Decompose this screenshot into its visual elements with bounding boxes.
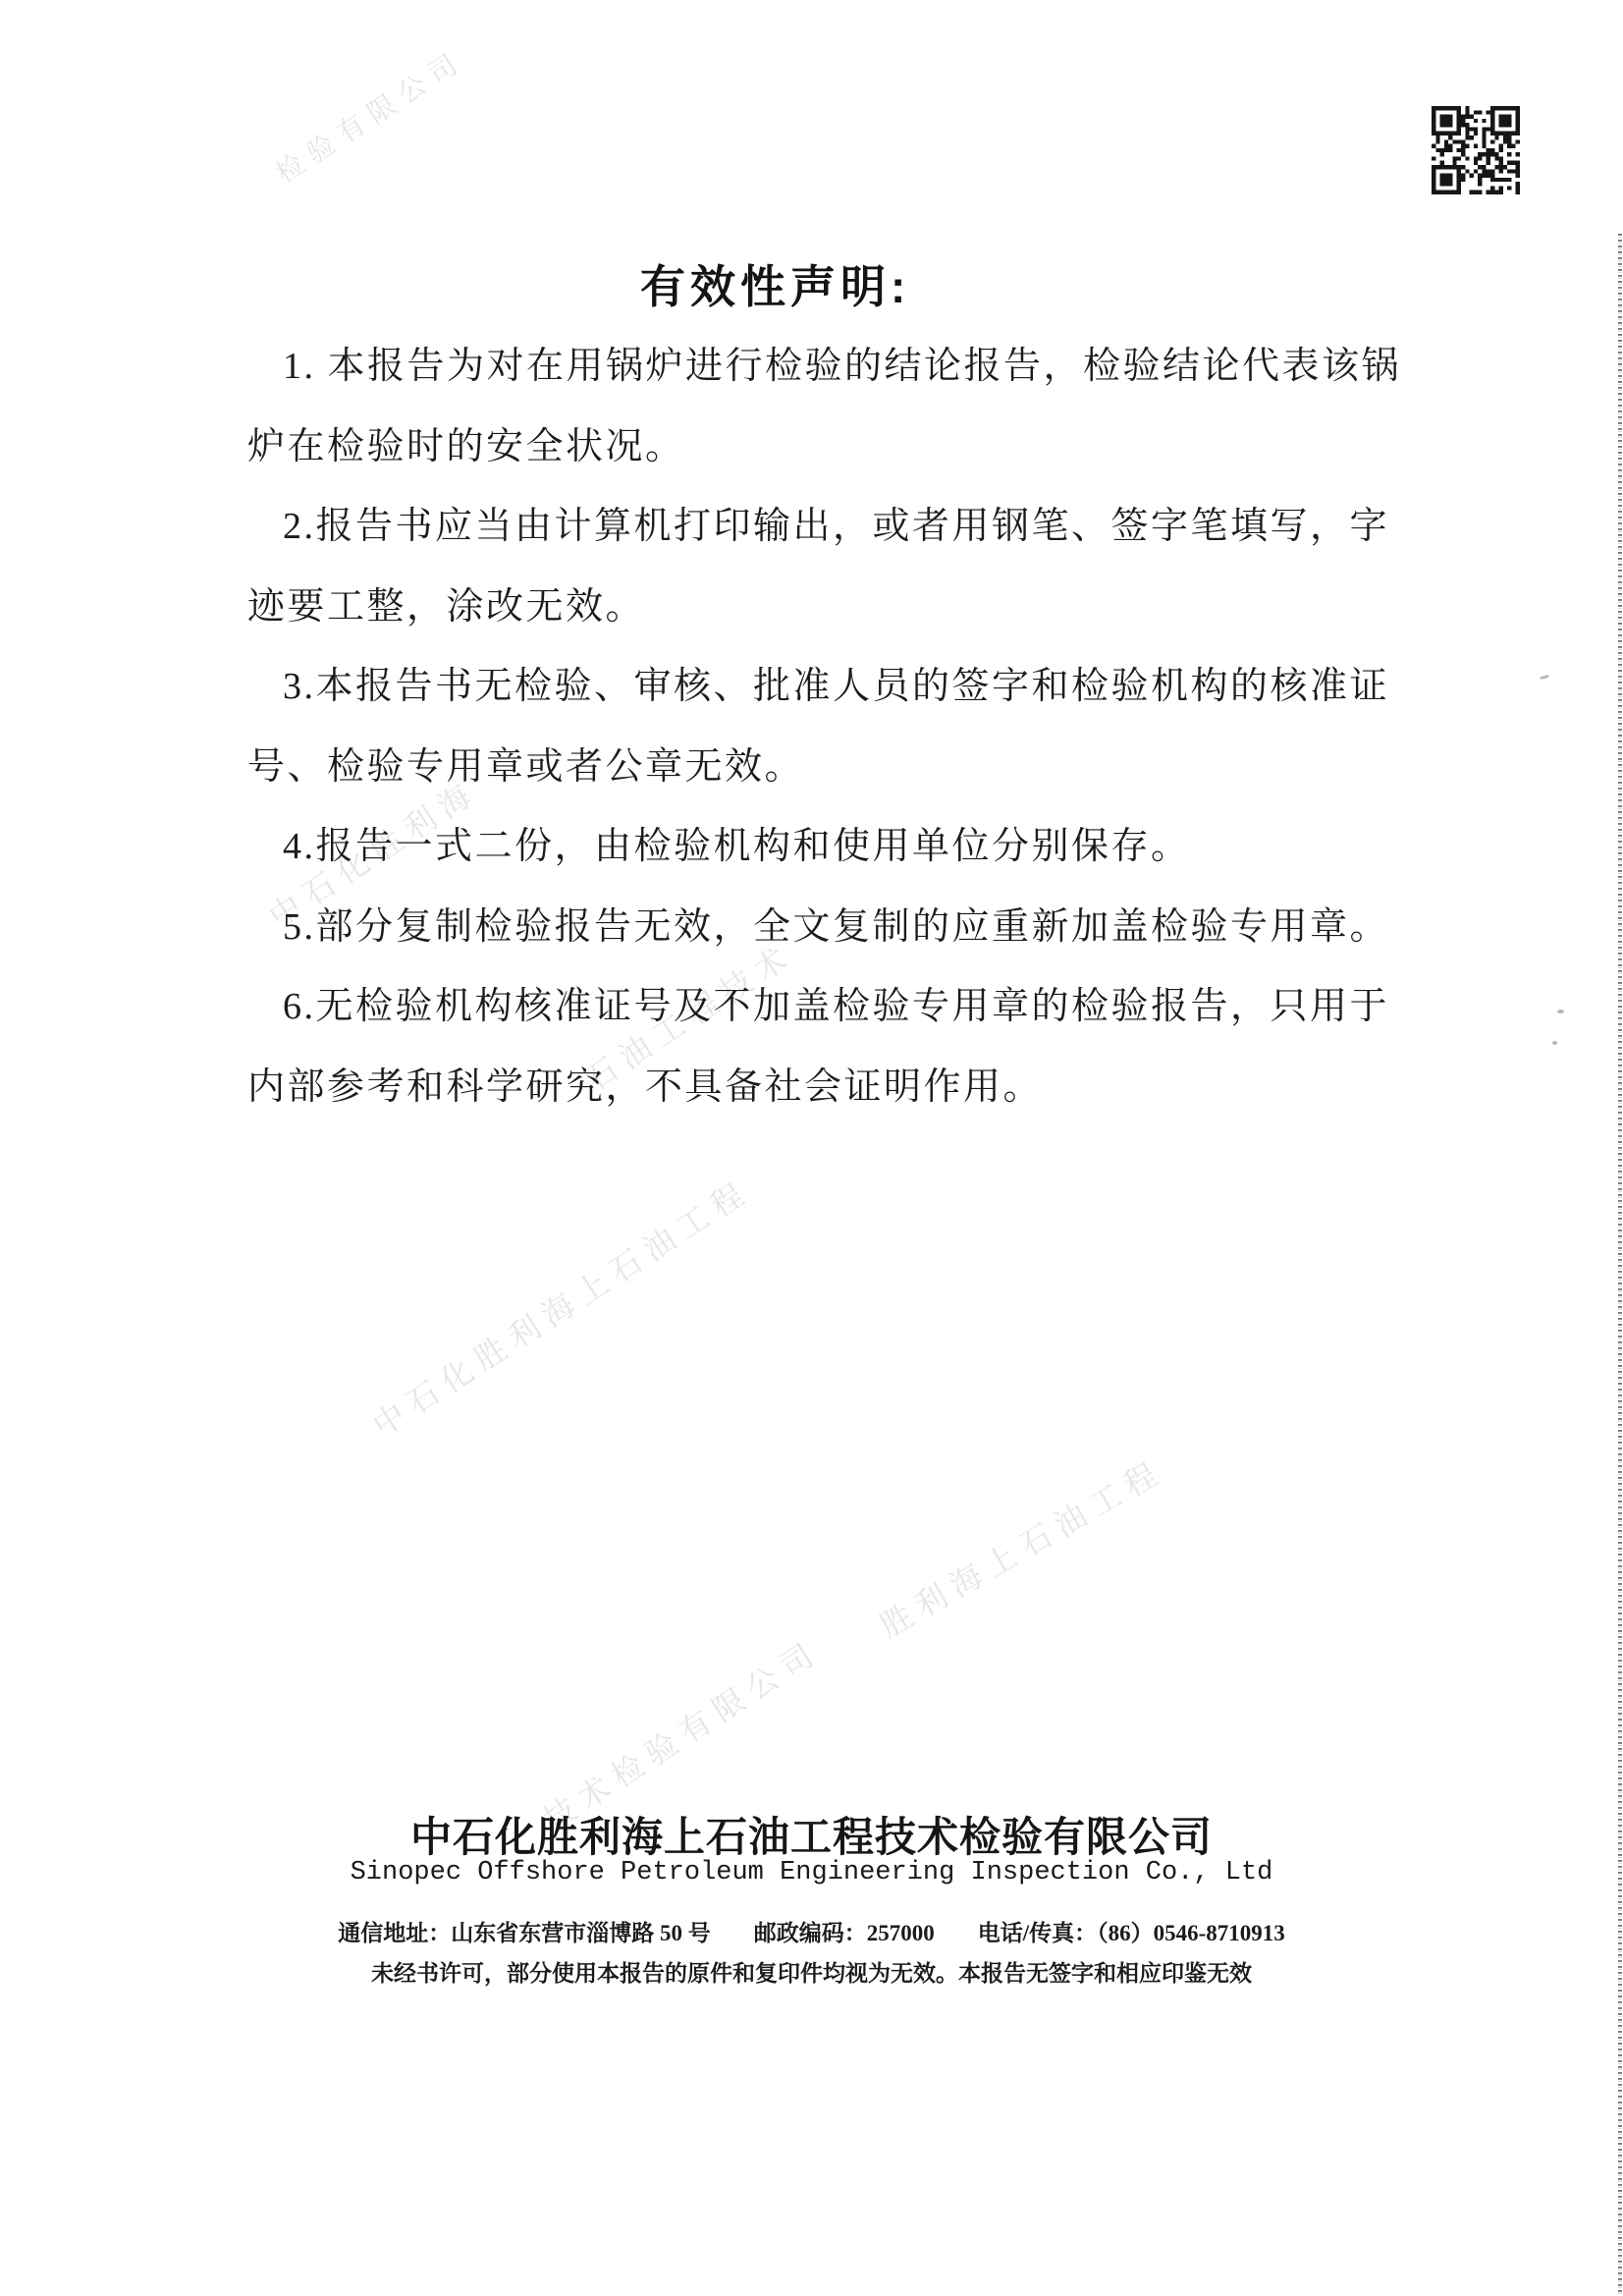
scan-speck <box>1557 1010 1564 1013</box>
statement-line: 4.报告一式二份，由检验机构和使用单位分别保存。 <box>247 807 1396 888</box>
statement-line: 炉在检验时的安全状况。 <box>247 408 1396 488</box>
contact-phone: 电话/传真：（86）0546-8710913 <box>978 1915 1285 1947</box>
disclaimer-line: 未经书许可，部分使用本报告的原件和复印件均视为无效。本报告无签字和相应印鉴无效 <box>0 1955 1623 1988</box>
contact-postcode: 邮政编码：257000 <box>754 1915 935 1947</box>
statement-line: 6.无检验机构核准证号及不加盖检验专用章的检验报告，只用于 <box>247 967 1396 1048</box>
statement-line: 5.部分复制检验报告无效，全文复制的应重新加盖检验专用章。 <box>247 888 1396 968</box>
statement-list: 1. 本报告为对在用锅炉进行检验的结论报告，检验结论代表该锅 炉在检验时的安全状… <box>247 327 1396 1127</box>
scan-speck <box>1552 1041 1557 1045</box>
scan-speck <box>1540 675 1549 680</box>
statement-line: 内部参考和科学研究，不具备社会证明作用。 <box>247 1048 1396 1128</box>
contact-address: 通信地址：山东省东营市淄博路 50 号 <box>338 1915 711 1947</box>
scan-edge-artifact <box>1618 234 1622 2296</box>
page-title: 有效性声明: <box>640 251 910 316</box>
statement-line: 迹要工整，涂改无效。 <box>247 568 1396 648</box>
page: 检验有限公司 中石化胜利海 石油工程技术 中石化胜利海上石油工程 胜利海上石油工… <box>0 0 1623 2296</box>
watermark-fragment: 中石化胜利海上石油工程 <box>362 1167 758 1446</box>
watermark-fragment: 胜利海上石油工程 <box>871 1447 1172 1647</box>
statement-line: 号、检验专用章或者公章无效。 <box>247 728 1396 808</box>
qr-code-icon <box>1432 104 1520 196</box>
watermark-fragment: 检验有限公司 <box>267 39 471 191</box>
statement-line: 1. 本报告为对在用锅炉进行检验的结论报告，检验结论代表该锅 <box>247 327 1396 408</box>
statement-line: 2.报告书应当由计算机打印输出，或者用钢笔、签字笔填写，字 <box>247 487 1396 568</box>
company-name-en: Sinopec Offshore Petroleum Engineering I… <box>0 1858 1623 1887</box>
contact-line: 通信地址：山东省东营市淄博路 50 号 邮政编码：257000 电话/传真：（8… <box>0 1915 1623 1947</box>
company-name-cn: 中石化胜利海上石油工程技术检验有限公司 <box>0 1805 1623 1864</box>
statement-line: 3.本报告书无检验、审核、批准人员的签字和检验机构的核准证 <box>247 647 1396 728</box>
